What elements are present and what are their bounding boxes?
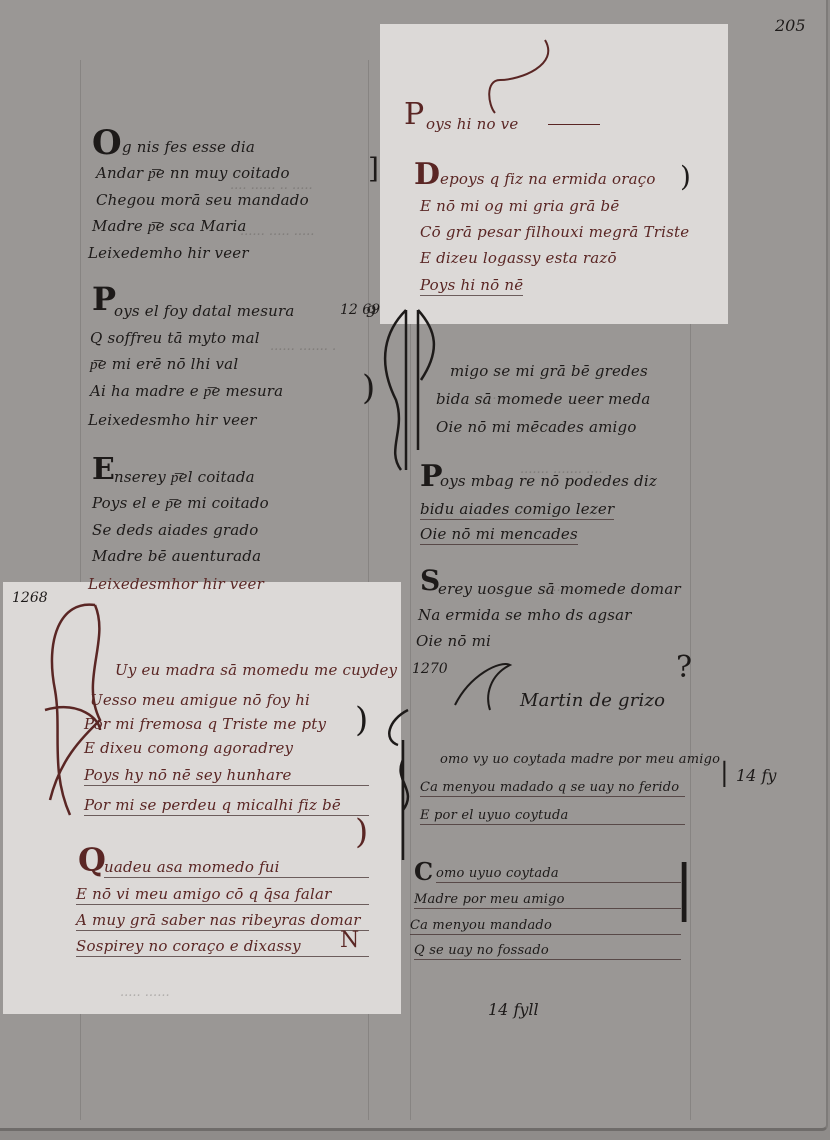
verse-line: Sospirey no coraço e dixassy (76, 937, 369, 957)
initial-Q: Q (78, 844, 106, 876)
author-name: Martin de grizo (520, 690, 665, 711)
verse-line: Madre por meu amigo (414, 892, 681, 909)
verse-line: Leixedesmhor hir veer (88, 575, 264, 593)
margin-mark: ? (676, 650, 692, 685)
bleed-through-text: ...... ....... . (270, 339, 336, 354)
verse-line: E nō mi og mi gria grā bē (420, 197, 619, 215)
verse-line: oys el foy datal mesura (114, 302, 295, 320)
verse-line: Leixedesmho hir veer (88, 411, 257, 429)
verse-line: E por el uyuo coytuda (420, 808, 685, 825)
footer-note: 14 fyll (488, 1000, 539, 1019)
verse-line: omo vy uo coytada madre por meu amigo (440, 752, 720, 767)
bleed-through-text: ..... ...... (120, 985, 170, 1000)
bracket-mark: ) (680, 160, 691, 193)
margin-number: 1270 (412, 661, 448, 677)
verse-line: erey uosgue sā momede domar (438, 580, 681, 598)
verse-line: nserey p͞el coitada (114, 468, 255, 487)
verse-line: Poys el e p͞e mi coitado (92, 494, 269, 513)
bleed-through-text: ...... ..... ..... (240, 224, 314, 239)
verse-line: g nis fes esse dia (122, 138, 255, 156)
verse-line: bida sā momede ueer meda (436, 390, 651, 408)
verse-line: Ca menyou mandado (410, 918, 681, 935)
verse-line: A muy grā saber nas ribeyras domar (76, 911, 369, 931)
verse-line: Madre bē auenturada (92, 547, 261, 565)
verse-line: epoys q fiz na ermida oraço (440, 170, 656, 188)
flourish-stroke (480, 35, 560, 115)
verse-line: bidu aiades comigo lezer (420, 500, 614, 520)
verse-line: Oie nō mi (416, 632, 491, 650)
verse-line: uadeu asa momedo fui (104, 858, 369, 878)
verse-line: Leixedemho hir veer (88, 244, 249, 262)
initial-P: P (404, 100, 424, 130)
margin-mark-N: N (340, 930, 359, 952)
verse-line: Chegou morā seu mandado (96, 191, 309, 209)
verse-line: Ca menyou madado q se uay no ferido (420, 780, 685, 797)
bracket-mark: | (720, 758, 729, 788)
verse-line: Ai ha madre e p͞e mesura (90, 382, 283, 401)
verse-line: oys hi no ve (426, 115, 518, 133)
verse-line: Oie nō mi mencades (420, 525, 578, 545)
verse-line: oys mbag re nō podedes diz (440, 472, 657, 490)
verse-line: Q se uay no fossado (414, 943, 681, 960)
verse-line: Oie nō mi mēcades amigo (436, 418, 637, 436)
verse-line: Madre p͞e sca Maria (92, 217, 247, 236)
verse-line: Q soffreu tā myto mal (90, 329, 260, 347)
initial-O: O (92, 126, 122, 160)
bracket-mark: ) (355, 812, 368, 852)
margin-note: 14 fy (736, 766, 776, 785)
verse-line: Uesso meu amigue nō foy hi (90, 691, 310, 709)
verse-line: Por mi se perdeu q micalhi fiz bē (84, 796, 369, 816)
bracket-mark: ) (362, 368, 375, 408)
verse-line: Andar p͞e nn muy coitado (96, 164, 290, 183)
initial-E: E (92, 455, 115, 485)
verse-line: Uy eu madra sā momedu me cuydey (115, 661, 397, 679)
verse-line: Cō grā pesar filhouxi megrā Triste (420, 223, 689, 241)
initial-D: D (414, 160, 440, 190)
initial-C: C (414, 860, 433, 884)
verse-line: Na ermida se mho ds agsar (418, 606, 632, 624)
bracket-mark: ) (355, 700, 368, 740)
verse-line: p͞e mi erē nō lhi val (90, 355, 238, 374)
verse-line: Por mi fremosa q Triste me pty (84, 715, 326, 733)
verse-line: E dixeu comong agoradrey (84, 739, 293, 757)
rule-dash (548, 124, 600, 125)
verse-line: Poys hy nō nē sey hunhare (84, 766, 369, 786)
verse-line: migo se mi grā bē gredes (450, 362, 648, 380)
verse-line: Se deds aiades grado (92, 521, 258, 539)
initial-P: P (92, 283, 116, 315)
verse-line: Poys hi nō nē (420, 276, 523, 296)
bracket-mark: ] (368, 152, 379, 185)
bracket-mark: | (674, 858, 694, 918)
verse-line: E dizeu logassy esta razō (420, 249, 617, 267)
verse-line: omo uyuo coytada (436, 866, 681, 883)
verse-line: E nō vi meu amigo cō q q̄sa falar (76, 885, 369, 905)
margin-number: 9 (366, 302, 376, 321)
manuscript-page: 205 .... ...... .. ..... ...... ..... ..… (0, 0, 828, 1131)
folio-number: 205 (775, 16, 806, 35)
